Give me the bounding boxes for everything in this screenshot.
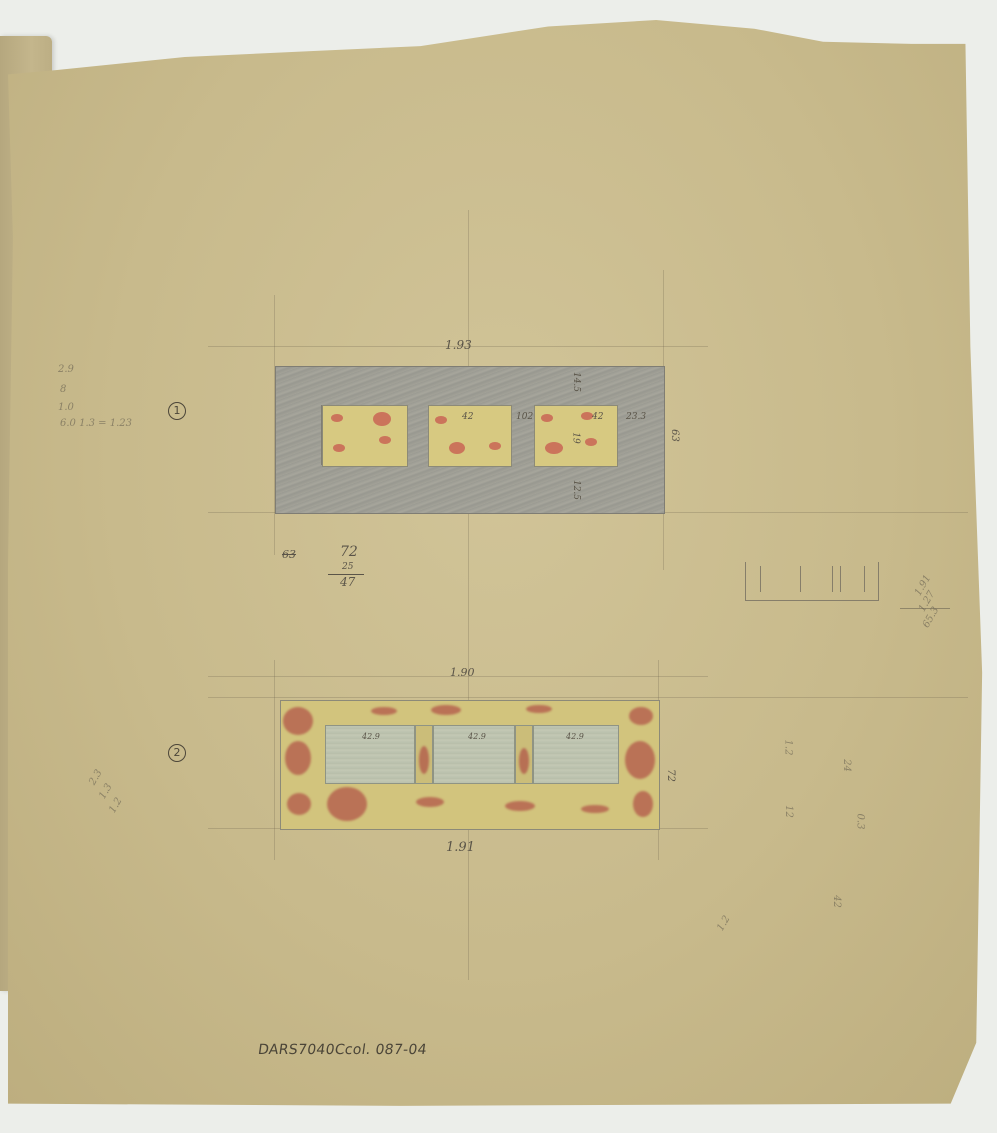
design-2-field-3: 42.9 (533, 725, 619, 784)
field-label: 42.9 (566, 732, 584, 741)
design-2-strip (415, 725, 433, 784)
right-margin-note: 24 (841, 759, 852, 772)
design-2-height-label: 72 (665, 769, 676, 782)
design-1-inner-label: 42 (592, 412, 603, 422)
design-2-width-top-label: 1.90 (450, 666, 475, 679)
design-1-inner-label: 23.3 (626, 412, 646, 422)
design-1-inner-label: 102 (516, 412, 533, 422)
calc-middle: 25 (342, 562, 353, 572)
design-1-vertical-label: 19 (571, 432, 581, 443)
design-1-inner-label: 42 (462, 412, 473, 422)
design-2-panel: 42.9 42.9 42.9 (280, 700, 660, 830)
right-margin-note: 1.2 (782, 740, 793, 756)
fraction-line (900, 608, 950, 609)
calc-result: 47 (340, 575, 355, 589)
guide-line (208, 697, 968, 698)
guide-line (468, 210, 469, 980)
design-1-height-label: 63 (669, 429, 680, 442)
design-2-width-bottom-label: 1.91 (446, 840, 475, 855)
design-1-number: 1 (168, 402, 186, 420)
margin-note: 6.0 1.3 = 1.23 (60, 418, 132, 429)
crossed-out-value: 63 (282, 548, 296, 561)
calc-top: 72 (340, 544, 358, 560)
design-1-vertical-label: 12.5 (571, 480, 581, 500)
right-margin-note: 42 (831, 895, 842, 908)
margin-note: 1.0 (58, 402, 74, 413)
guide-line (274, 660, 275, 860)
section-profile-sketch (745, 562, 879, 601)
design-2-number: 2 (168, 744, 186, 762)
right-margin-note: 12 (783, 805, 794, 818)
right-margin-note: 0.3 (854, 814, 865, 830)
catalog-reference: DARS7040Ccol. 087-04 (257, 1042, 428, 1058)
design-1-width-label: 1.93 (445, 338, 472, 352)
field-label: 42.9 (362, 732, 380, 741)
design-2-field-2: 42.9 (433, 725, 515, 784)
field-label: 42.9 (468, 732, 486, 741)
design-1-vertical-label: 14.5 (571, 372, 581, 392)
design-2-strip (515, 725, 533, 784)
design-2-field-1: 42.9 (325, 725, 415, 784)
design-1-panel: 42 102 42 23.3 14.5 19 12.5 (275, 366, 665, 514)
margin-note: 8 (60, 384, 66, 395)
design-1-inset-1 (322, 405, 408, 467)
margin-note: 2.9 (58, 364, 74, 375)
